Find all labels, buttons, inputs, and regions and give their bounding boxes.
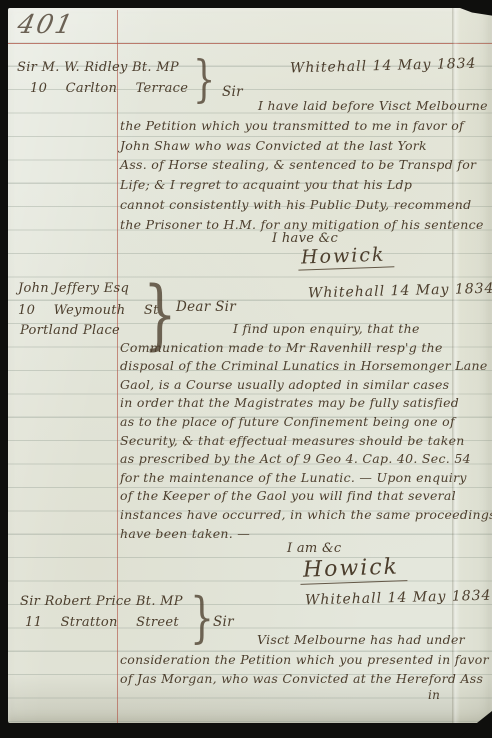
- body-line: of Jas Morgan, who was Convicted at the …: [120, 669, 465, 689]
- body-line: Security, & that effectual measures shou…: [120, 432, 465, 451]
- body-line: disposal of the Criminal Lunatics in Hor…: [120, 357, 465, 376]
- manuscript-page: 401 Sir M. W. Ridley Bt. MP 10 Carlton T…: [8, 8, 492, 723]
- recipient-line: Sir M. W. Ridley Bt. MP: [17, 60, 179, 75]
- salutation: Dear Sir: [176, 299, 236, 315]
- recipient-line: 10 Carlton Terrace: [30, 81, 188, 96]
- recipient-line: 11 Stratton Street: [25, 615, 179, 630]
- body-line: of the Keeper of the Gaol you will find …: [120, 487, 465, 506]
- body-line: Gaol, is a Course usually adopted in sim…: [120, 376, 465, 395]
- body-line: John Shaw who was Convicted at the last …: [120, 136, 465, 156]
- signature: Howick: [298, 243, 394, 270]
- letter-body: Visct Melbourne has had under considerat…: [120, 630, 465, 689]
- recipient-line: Sir Robert Price Bt. MP: [20, 594, 183, 609]
- letter-body: I find upon enquiry, that the Communicat…: [120, 320, 465, 543]
- body-line: I have laid before Visct Melbourne: [120, 96, 465, 116]
- recipient-line: 10 Weymouth St: [18, 303, 159, 318]
- recipient-line: John Jeffery Esq: [18, 281, 129, 296]
- body-line: for the maintenance of the Lunatic. — Up…: [120, 469, 465, 488]
- body-line: consideration the Petition which you pre…: [120, 650, 465, 670]
- body-line: the Petition which you transmitted to me…: [120, 116, 465, 136]
- folio-number: 401: [15, 10, 77, 40]
- body-line: cannot consistently with his Public Duty…: [120, 195, 465, 215]
- catchword: in: [428, 688, 440, 702]
- body-line: Ass. of Horse stealing, & sentenced to b…: [120, 155, 465, 175]
- body-line: instances have occurred, in which the sa…: [120, 506, 465, 525]
- body-line: in order that the Magistrates may be ful…: [120, 394, 465, 413]
- body-line: Life; & I regret to acquaint you that hi…: [120, 175, 465, 195]
- recipient-line: Portland Place: [20, 323, 120, 338]
- body-line: as prescribed by the Act of 9 Geo 4. Cap…: [120, 450, 465, 469]
- salutation: Sir: [213, 614, 234, 630]
- letter-body: I have laid before Visct Melbourne the P…: [120, 96, 465, 235]
- signature: Howick: [300, 554, 408, 585]
- body-line: as to the place of future Confinement be…: [120, 413, 465, 432]
- body-line: I find upon enquiry, that the: [120, 320, 465, 339]
- body-line: Communication made to Mr Ravenhill resp'…: [120, 339, 465, 358]
- red-header-line: [8, 43, 492, 44]
- body-line: Visct Melbourne has had under: [120, 630, 465, 650]
- closing: I am &c: [287, 541, 341, 556]
- photo-backdrop: { "colors":{ "backdrop":"#0f0f0d", "pape…: [0, 0, 492, 738]
- closing: I have &c: [272, 231, 338, 246]
